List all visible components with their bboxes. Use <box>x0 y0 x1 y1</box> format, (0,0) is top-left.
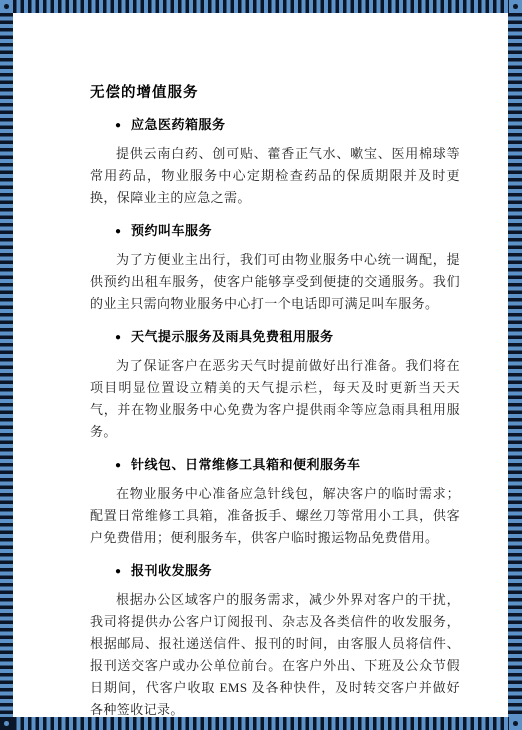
section-emergency-medicine: ●应急医药箱服务 提供云南白药、创可贴、藿香正气水、嗽宝、医用棉球等常用药品，物… <box>90 116 460 209</box>
bullet-icon: ● <box>115 457 131 475</box>
section-body: 根据办公区域客户的服务需求，减少外界对客户的干扰，我司将提供办公客户订阅报刊、杂… <box>90 589 460 721</box>
border-top-stripes <box>13 0 509 13</box>
section-body: 在物业服务中心准备应急针线包，解决客户的临时需求；配置日常维修工具箱，准备扳手、… <box>90 483 460 549</box>
border-corner-bottom-right <box>509 717 522 730</box>
section-toolbox-cart: ●针线包、日常维修工具箱和便利服务车 在物业服务中心准备应急针线包，解决客户的临… <box>90 456 460 549</box>
section-mail-newspaper: ●报刊收发服务 根据办公区域客户的服务需求，减少外界对客户的干扰，我司将提供办公… <box>90 562 460 721</box>
section-heading: ●预约叫车服务 <box>115 222 460 241</box>
section-body: 为了方便业主出行，我们可由物业服务中心统一调配，提供预约出租车服务，使客户能够享… <box>90 249 460 315</box>
section-heading-text: 预约叫车服务 <box>131 223 212 238</box>
section-heading: ●应急医药箱服务 <box>115 116 460 135</box>
border-right-stripes <box>508 13 522 717</box>
page-title: 无偿的增值服务 <box>90 83 460 103</box>
border-corner-bottom-left <box>0 717 13 730</box>
section-heading-text: 应急医药箱服务 <box>131 117 226 132</box>
section-weather-umbrella: ●天气提示服务及雨具免费租用服务 为了保证客户在恶劣天气时提前做好出行准备。我们… <box>90 328 460 443</box>
section-body: 为了保证客户在恶劣天气时提前做好出行准备。我们将在项目明显位置设立精美的天气提示… <box>90 355 460 443</box>
border-left-stripes <box>0 13 13 717</box>
section-taxi-booking: ●预约叫车服务 为了方便业主出行，我们可由物业服务中心统一调配，提供预约出租车服… <box>90 222 460 315</box>
bullet-icon: ● <box>115 223 131 241</box>
bullet-icon: ● <box>115 563 131 581</box>
section-heading-text: 报刊收发服务 <box>131 563 212 578</box>
section-heading: ●报刊收发服务 <box>115 562 460 581</box>
bullet-icon: ● <box>115 329 131 347</box>
document-page: 无偿的增值服务 ●应急医药箱服务 提供云南白药、创可贴、藿香正气水、嗽宝、医用棉… <box>0 0 522 730</box>
section-body: 提供云南白药、创可贴、藿香正气水、嗽宝、医用棉球等常用药品，物业服务中心定期检查… <box>90 143 460 209</box>
section-heading: ●天气提示服务及雨具免费租用服务 <box>115 328 460 347</box>
bullet-icon: ● <box>115 117 131 135</box>
section-heading-text: 针线包、日常维修工具箱和便利服务车 <box>131 457 361 472</box>
border-corner-top-right <box>509 0 522 13</box>
section-heading: ●针线包、日常维修工具箱和便利服务车 <box>115 456 460 475</box>
border-corner-top-left <box>0 0 13 13</box>
section-heading-text: 天气提示服务及雨具免费租用服务 <box>131 329 334 344</box>
document-content: 无偿的增值服务 ●应急医药箱服务 提供云南白药、创可贴、藿香正气水、嗽宝、医用棉… <box>90 83 460 730</box>
